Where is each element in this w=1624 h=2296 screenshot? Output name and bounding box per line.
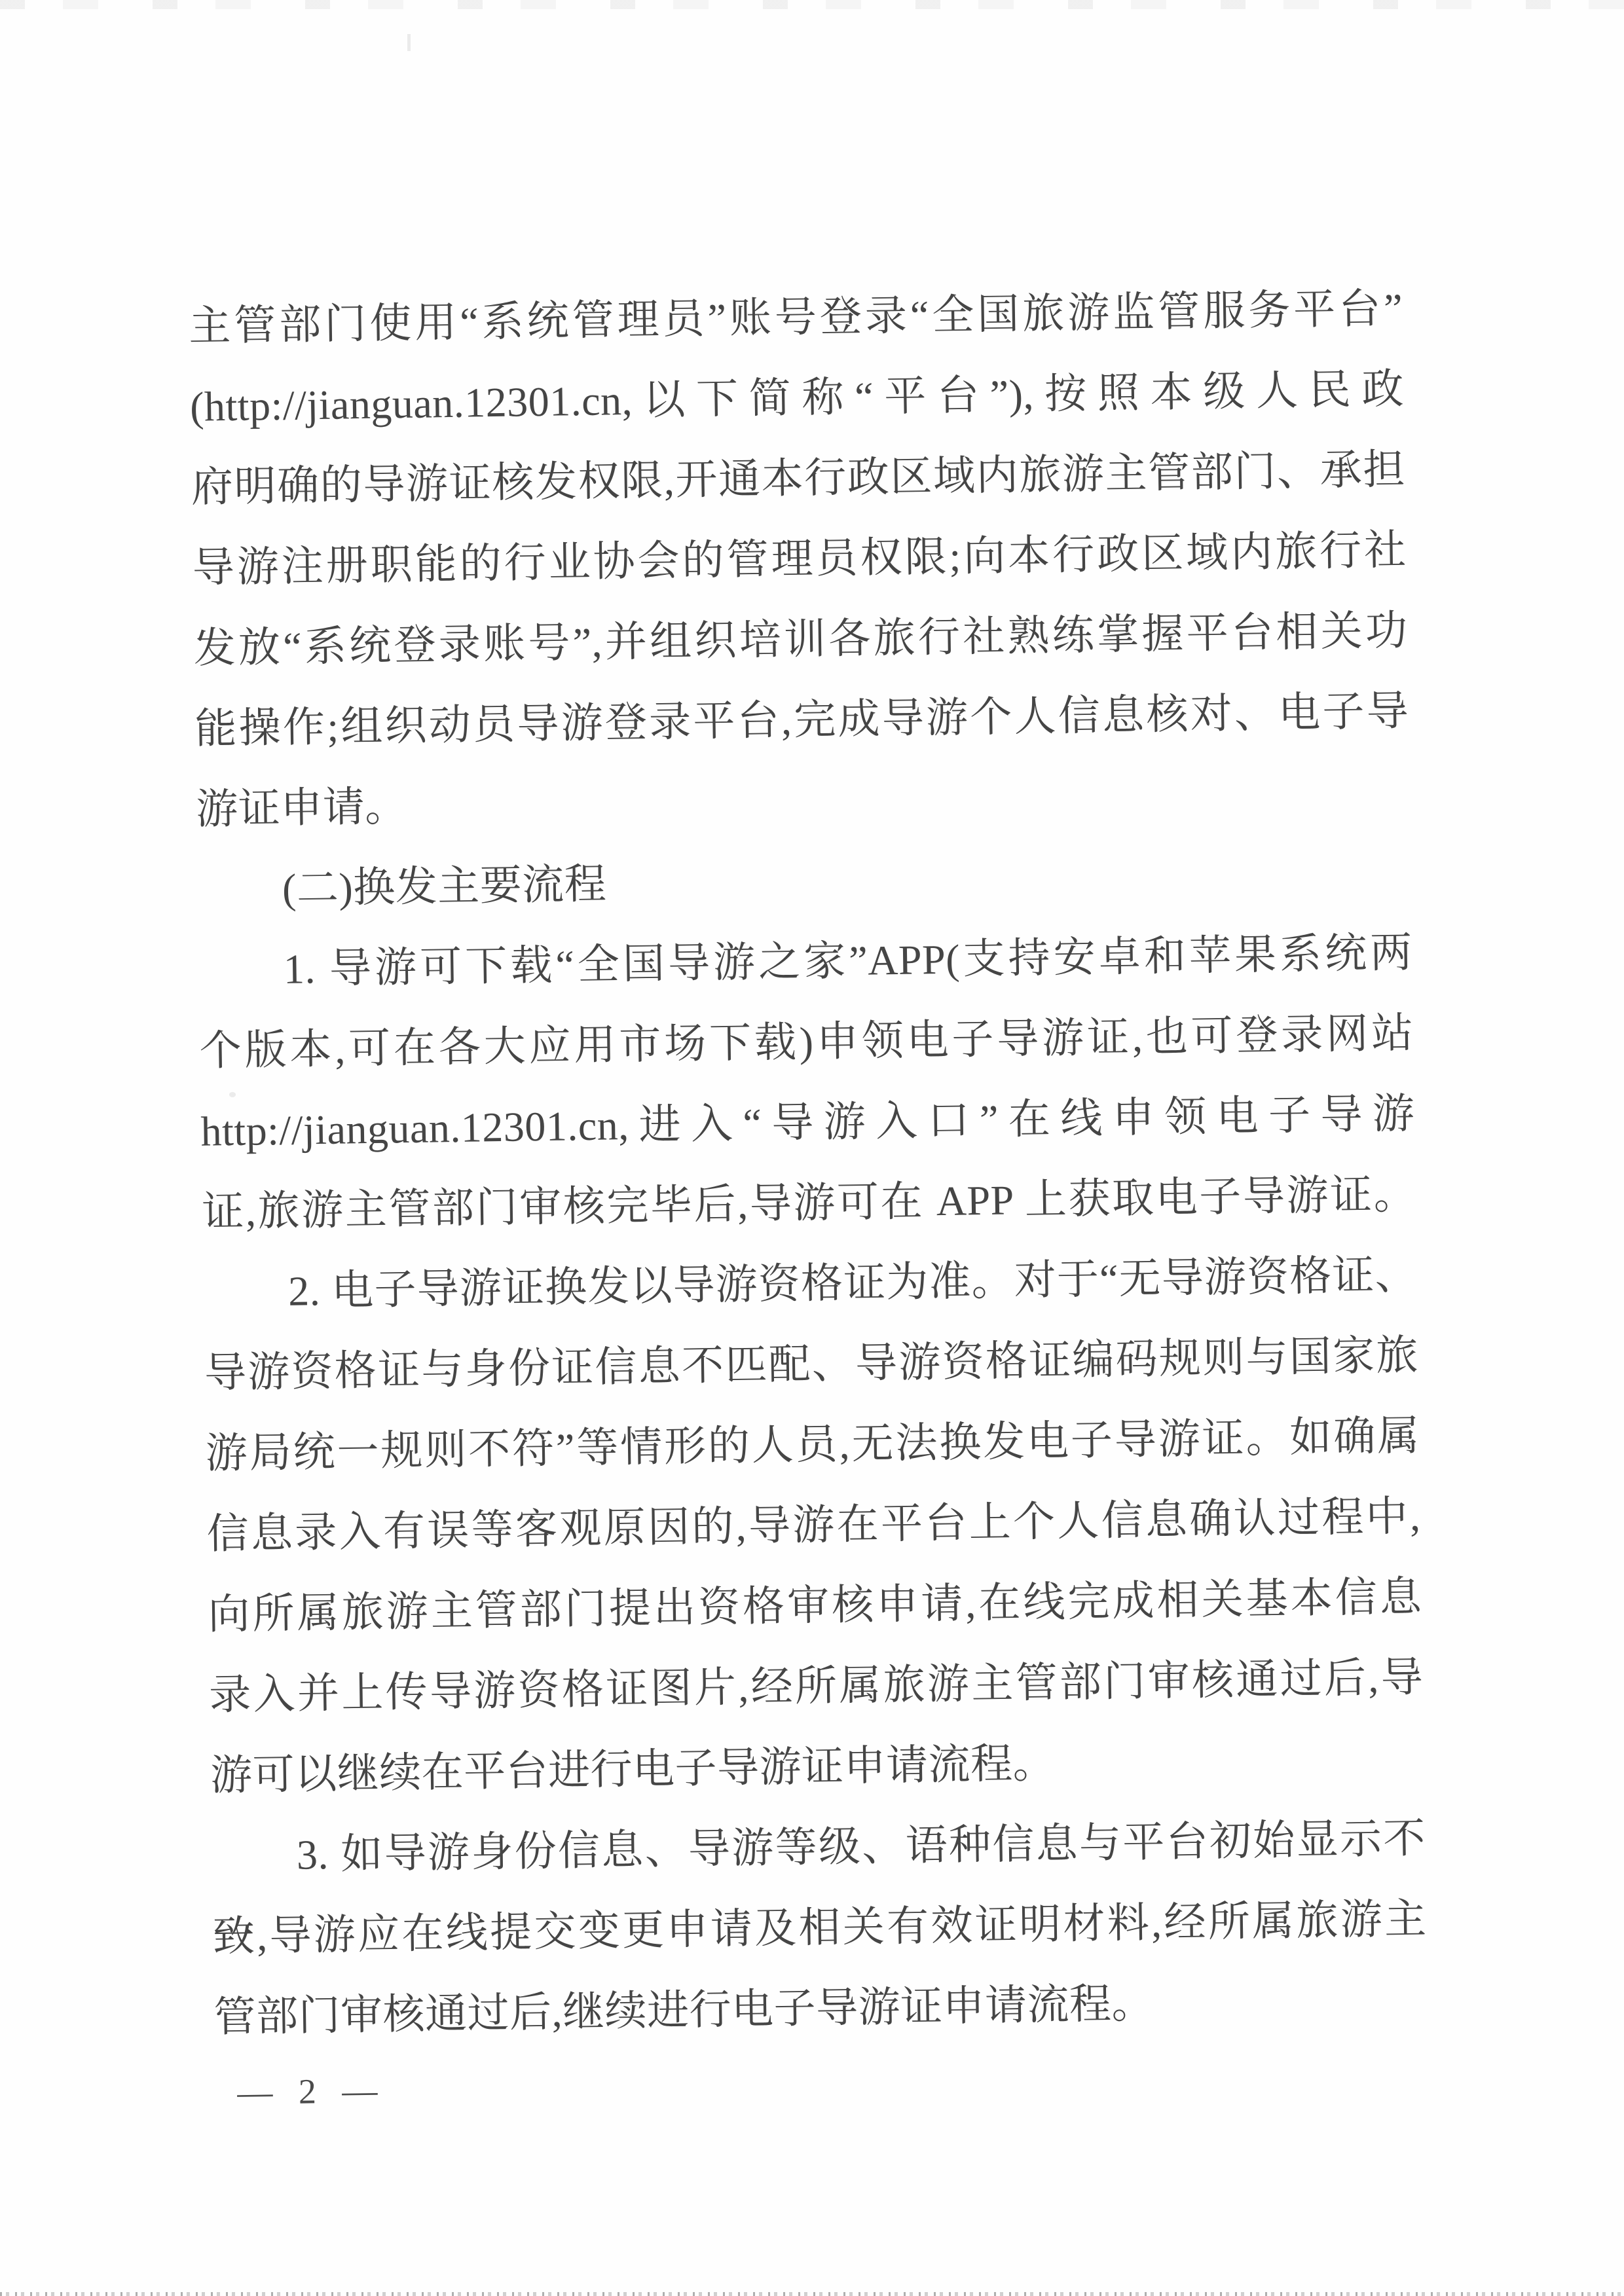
scanned-document-page: 主管部门使用“系统管理员”账号登录“全国旅游监管服务平台” (http://ji… bbox=[0, 0, 1624, 2296]
scan-speck bbox=[407, 34, 411, 51]
text-line: 管部门审核通过后,继续进行电子导游证申请流程。 bbox=[213, 1959, 1429, 2057]
scan-artifact-top bbox=[0, 0, 1624, 9]
page-number: — 2 — bbox=[237, 2055, 1430, 2112]
document-text-block: 主管部门使用“系统管理员”账号登录“全国旅游监管服务平台” (http://ji… bbox=[188, 268, 1429, 2112]
scan-artifact-bottom bbox=[0, 2292, 1624, 2296]
